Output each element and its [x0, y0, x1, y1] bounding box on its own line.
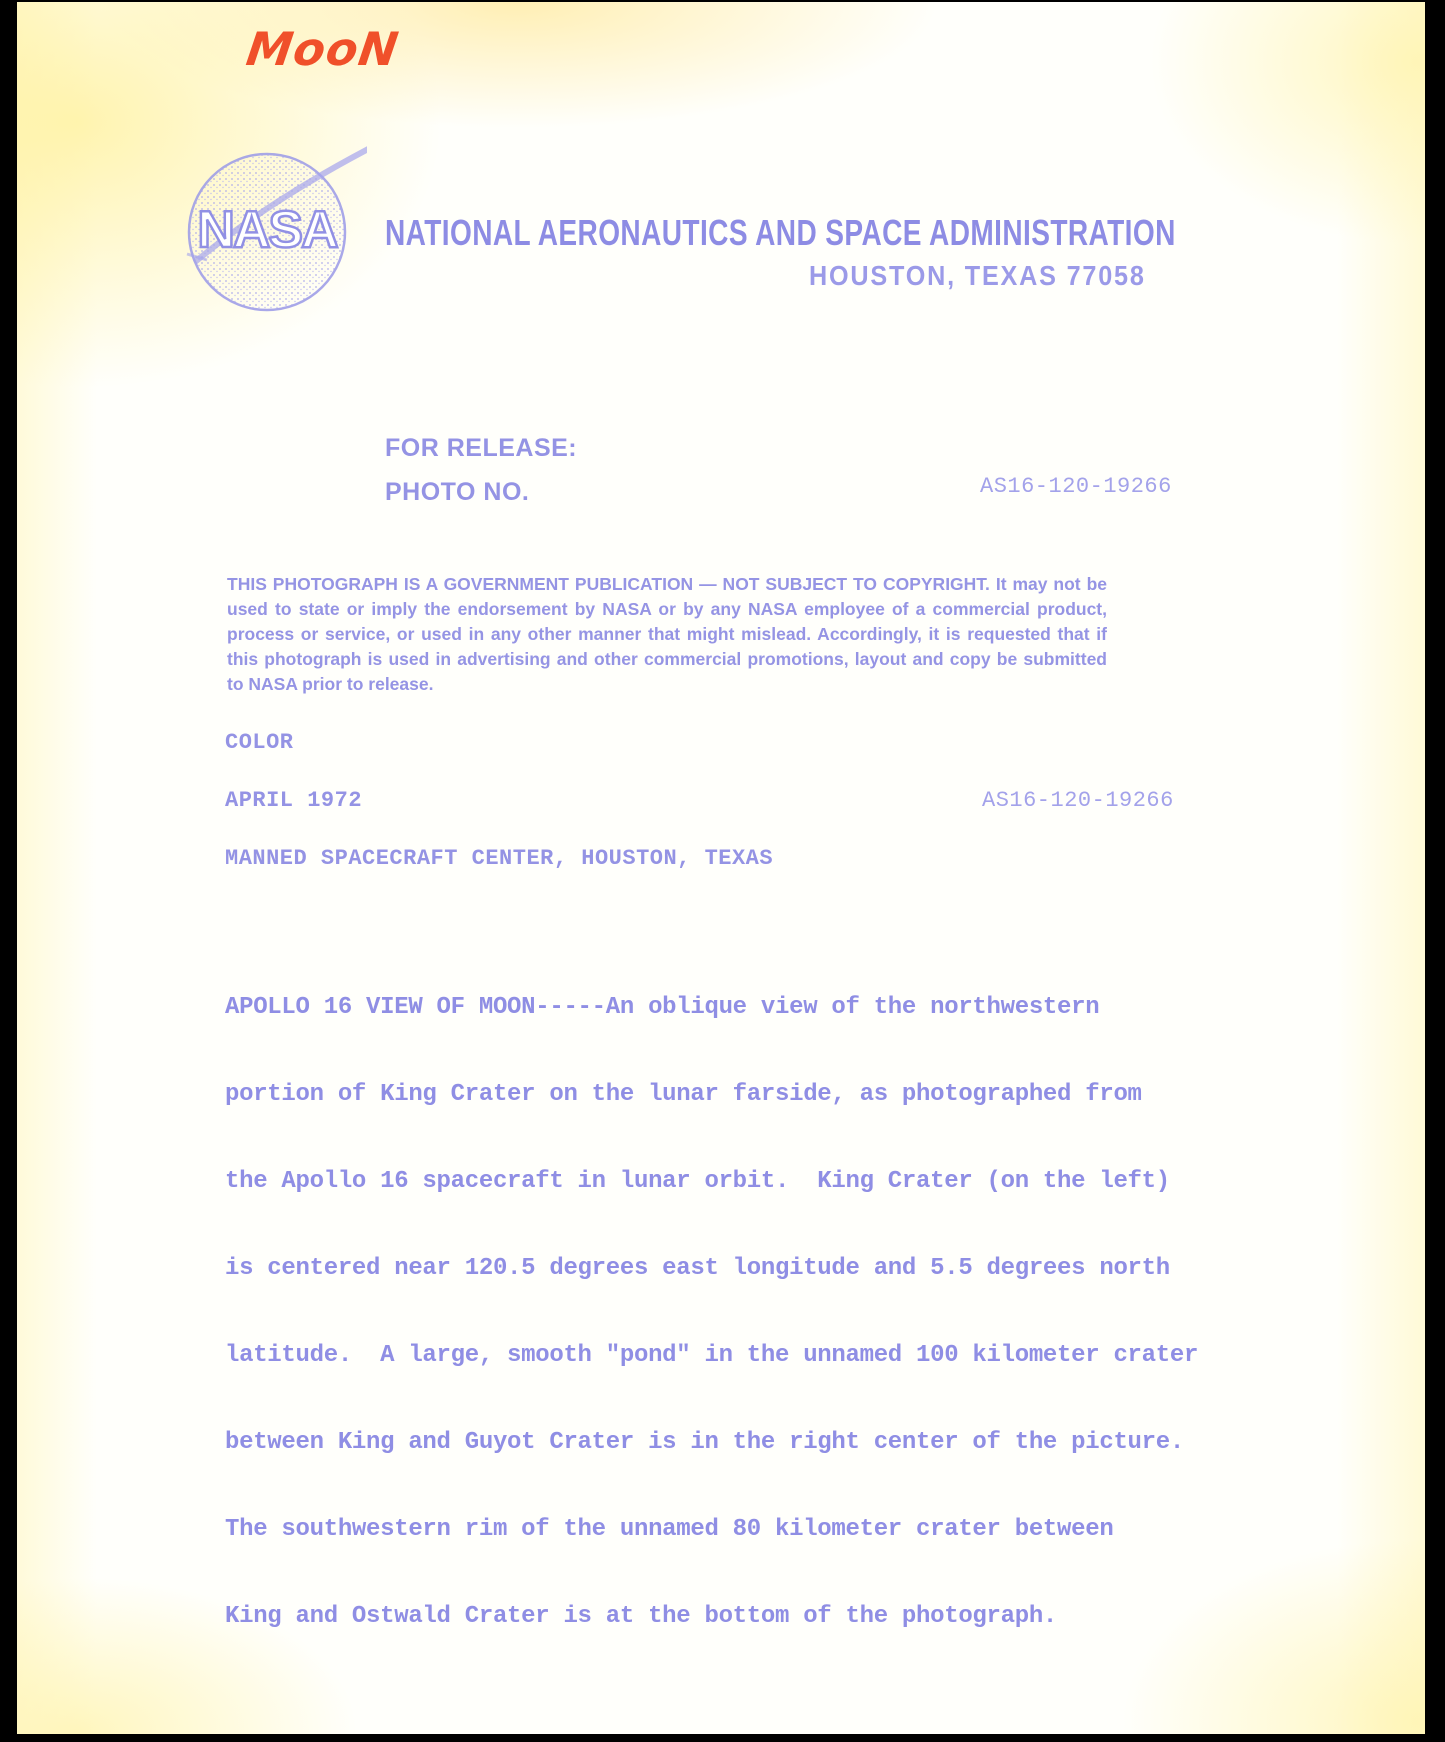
- agency-name: NATIONAL AERONAUTICS AND SPACE ADMINISTR…: [385, 212, 1176, 254]
- photo-date: APRIL 1972: [225, 788, 362, 813]
- caption-line: King and Ostwald Crater is at the bottom…: [225, 1602, 1225, 1631]
- agency-address: HOUSTON, TEXAS 77058: [809, 260, 1146, 292]
- copyright-notice: THIS PHOTOGRAPH IS A GOVERNMENT PUBLICAT…: [227, 572, 1107, 697]
- caption-line: APOLLO 16 VIEW OF MOON-----An oblique vi…: [225, 993, 1225, 1022]
- photo-location: MANNED SPACECRAFT CENTER, HOUSTON, TEXAS: [225, 846, 773, 871]
- caption-line: is centered near 120.5 degrees east long…: [225, 1254, 1225, 1283]
- caption-line: the Apollo 16 spacecraft in lunar orbit.…: [225, 1167, 1225, 1196]
- photo-no-value: AS16-120-19266: [980, 474, 1172, 499]
- photo-no-label: PHOTO NO.: [385, 478, 529, 507]
- for-release-label: FOR RELEASE:: [385, 434, 577, 463]
- caption-line: The southwestern rim of the unnamed 80 k…: [225, 1515, 1225, 1544]
- photo-caption: APOLLO 16 VIEW OF MOON-----An oblique vi…: [225, 935, 1225, 1689]
- caption-line: latitude. A large, smooth "pond" in the …: [225, 1341, 1225, 1370]
- caption-line: between King and Guyot Crater is in the …: [225, 1428, 1225, 1457]
- logo-text: NASA: [197, 201, 338, 259]
- nasa-meatball-logo-icon: NASA: [177, 142, 367, 332]
- press-release-sheet: MooN NASA NATIONAL AERONAUTICS AND SPACE…: [17, 2, 1425, 1734]
- caption-line: portion of King Crater on the lunar fars…: [225, 1080, 1225, 1109]
- handwritten-annotation: MooN: [243, 22, 402, 76]
- photo-id: AS16-120-19266: [982, 788, 1174, 813]
- photo-type: COLOR: [225, 730, 294, 755]
